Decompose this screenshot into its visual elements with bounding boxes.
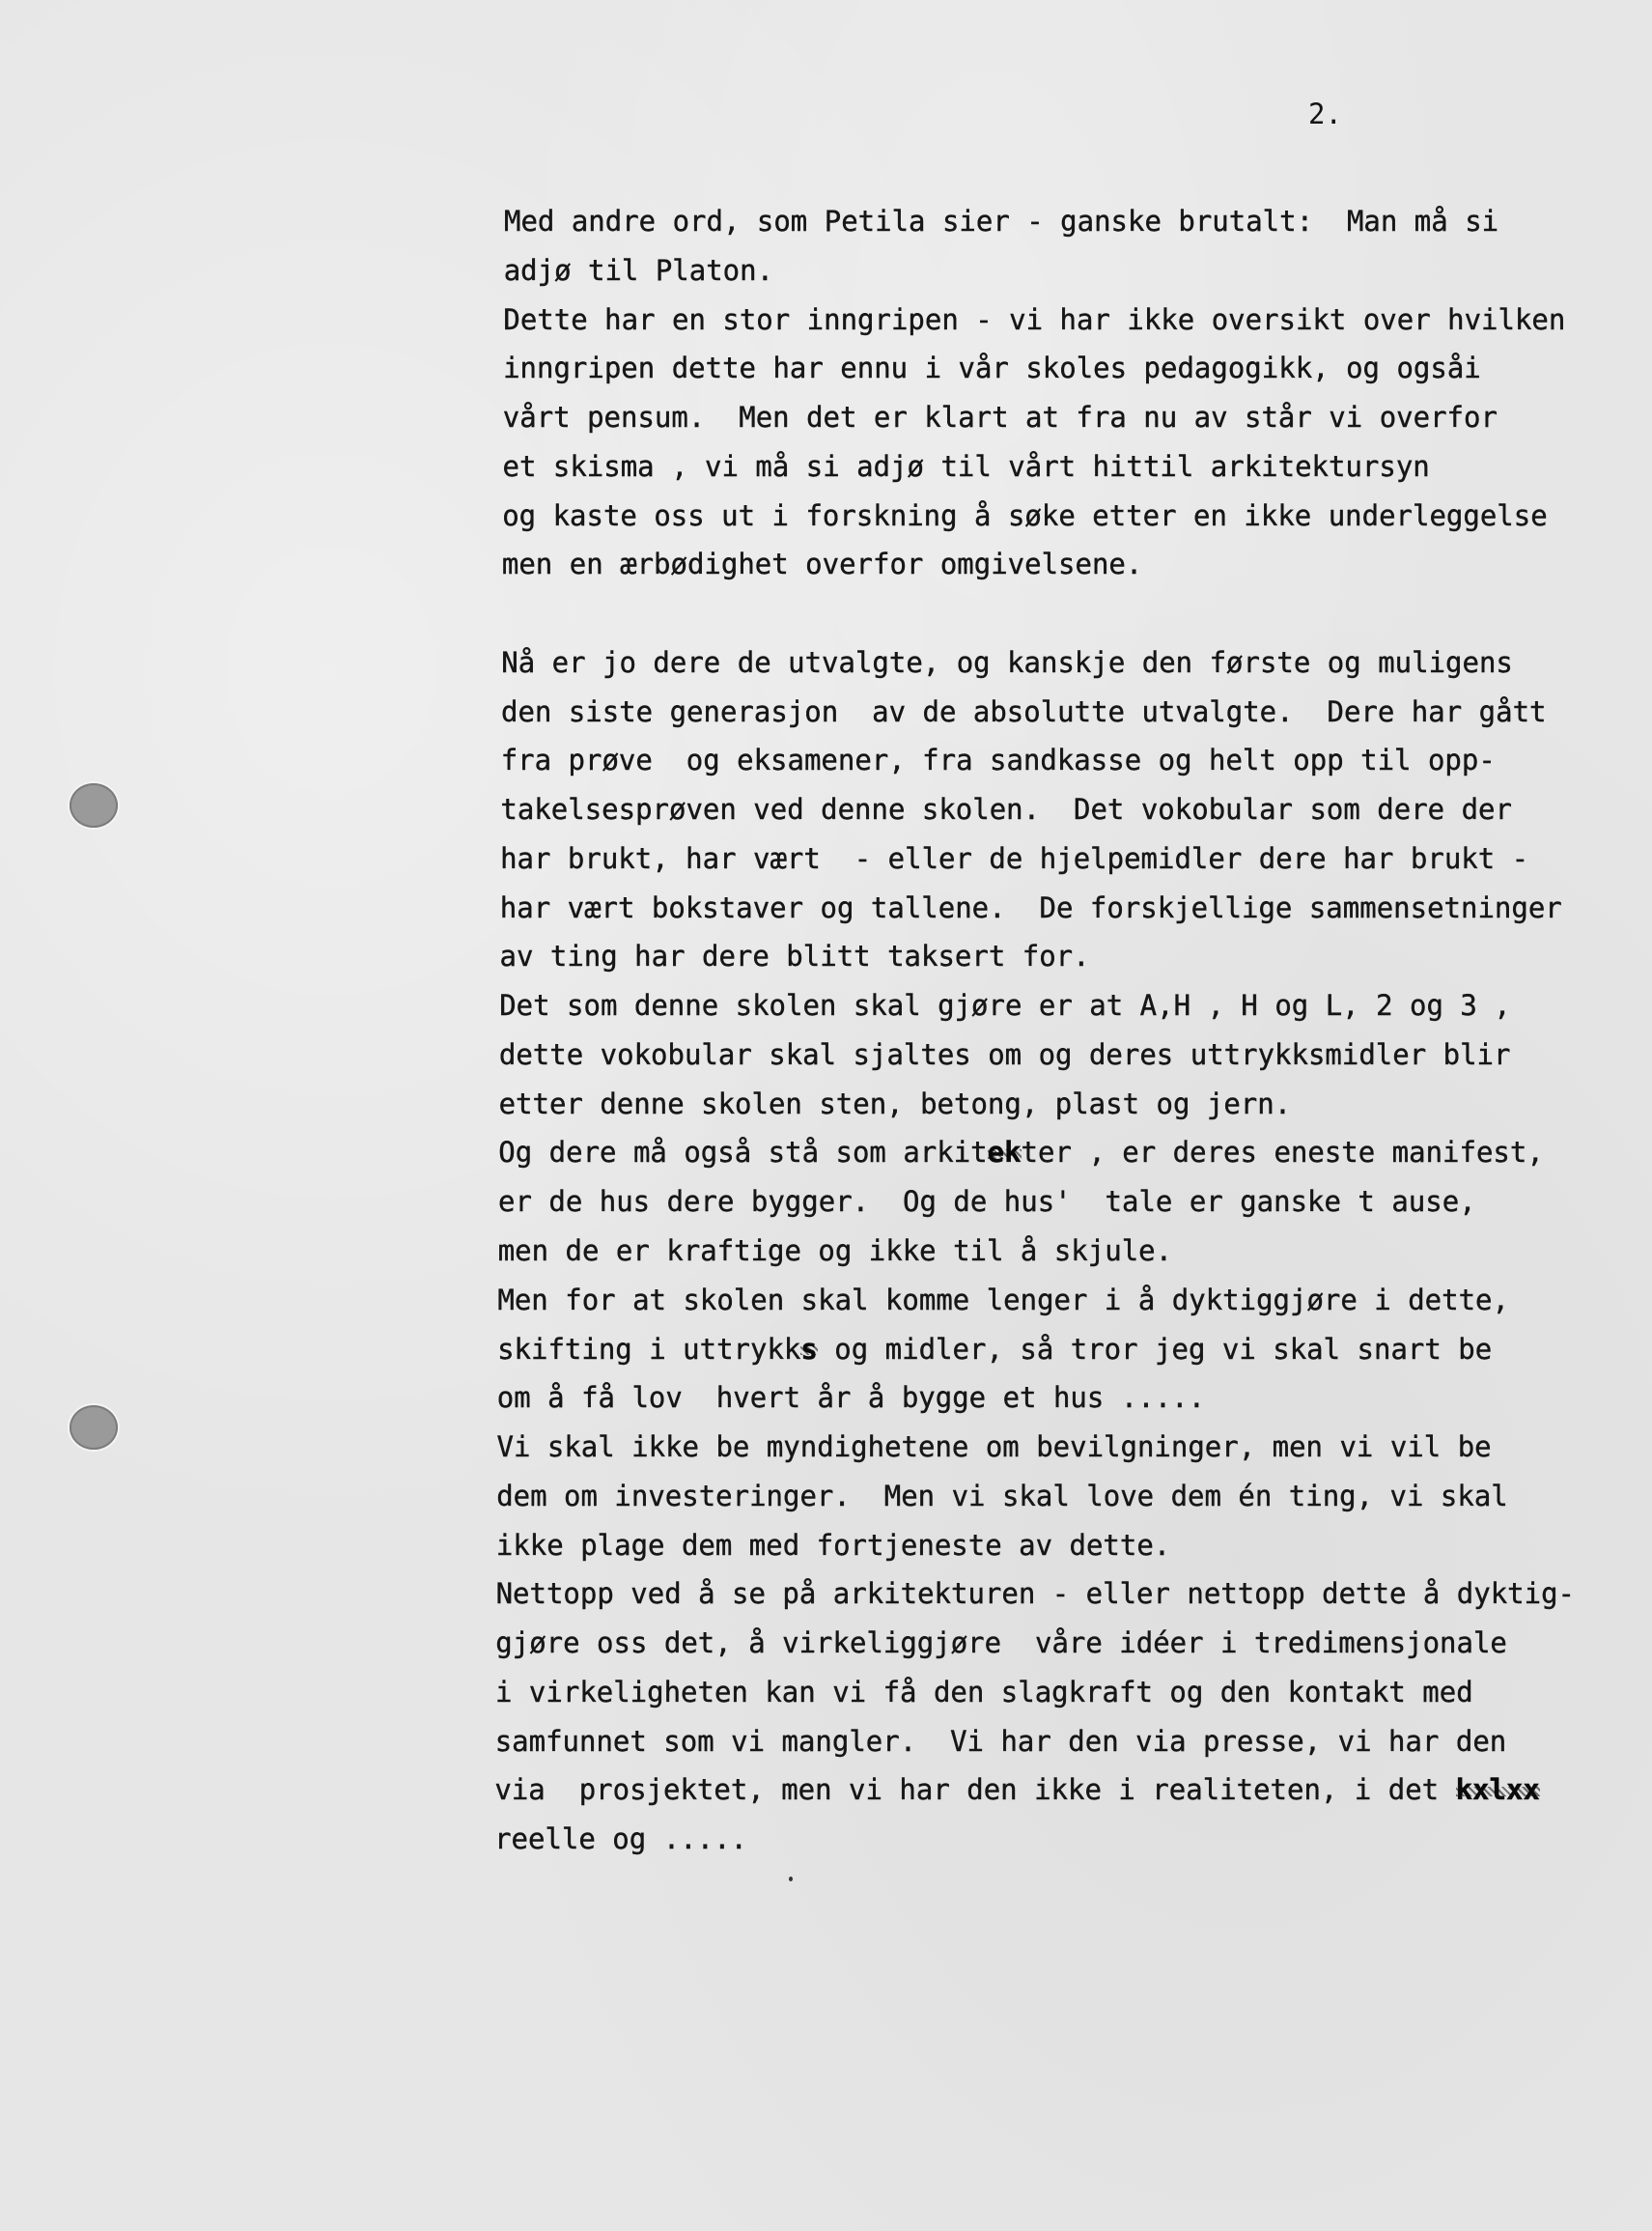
text-line: Nå er jo dere de utvalgte, og kanskje de…	[501, 649, 1513, 677]
text-line: men en ærbødighet overfor omgivelsene.	[502, 551, 1142, 579]
text-line: ikke plage dem med fortjeneste av dette.	[496, 1532, 1170, 1560]
line-text: skifting i uttrykk	[497, 1333, 800, 1366]
line-text: Og dere må også stå som arkit	[498, 1136, 987, 1169]
text-line: dette vokobular skal sjaltes om og deres…	[499, 1041, 1511, 1069]
text-line: fra prøve og eksamener, fra sandkasse og…	[501, 747, 1496, 775]
punch-hole-top	[70, 783, 118, 828]
overstruck-text: kxlxx	[1456, 1776, 1540, 1804]
text-line: Det som denne skolen skal gjøre er at A,…	[499, 992, 1511, 1020]
overstruck-text: ek	[988, 1139, 1022, 1167]
text-line: av ting har dere blitt taksert for.	[500, 943, 1090, 971]
text-line: men de er kraftige og ikke til å skjule.	[498, 1237, 1172, 1265]
line-text: ter , er deres eneste manifest,	[1022, 1136, 1544, 1169]
line-text: og midler, så tror jeg vi skal snart be	[818, 1333, 1492, 1366]
text-line: inngripen dette har ennu i vår skoles pe…	[503, 354, 1481, 382]
page-number: 2.	[1308, 100, 1342, 128]
overstruck-text: s	[800, 1336, 817, 1364]
text-line: et skisma , vi må si adjø til vårt hitti…	[503, 453, 1430, 481]
text-line: Vi skal ikke be myndighetene om bevilgni…	[497, 1433, 1492, 1461]
text-line: i virkeligheten kan vi få den slagkraft …	[495, 1679, 1473, 1707]
text-line: vårt pensum. Men det er klart at fra nu …	[503, 404, 1498, 432]
text-line: etter denne skolen sten, betong, plast o…	[499, 1090, 1292, 1118]
text-line: adjø til Platon.	[504, 257, 773, 285]
text-line: gjøre oss det, å virkeliggjøre våre idée…	[495, 1629, 1507, 1657]
text-line: Med andre ord, som Petila sier - ganske …	[504, 208, 1498, 236]
text-line: og kaste oss ut i forskning å søke etter…	[502, 502, 1548, 530]
text-line: takelsesprøven ved denne skolen. Det vok…	[500, 796, 1512, 824]
text-line: reelle og .....	[494, 1825, 747, 1853]
punch-hole-bottom	[70, 1405, 118, 1450]
text-line: Og dere må også stå som arkitekter , er …	[498, 1139, 1544, 1167]
text-line: har vært bokstaver og tallene. De forskj…	[500, 894, 1562, 922]
line-text: via prosjektet, men vi har den ikke i re…	[494, 1773, 1455, 1806]
text-line: den siste generasjon av de absolutte utv…	[501, 698, 1547, 726]
typewritten-page: 2. Med andre ord, som Petila sier - gans…	[0, 0, 1652, 2231]
text-line: har brukt, har vært - eller de hjelpemid…	[500, 845, 1528, 873]
text-line: om å få lov hvert år å bygge et hus ....…	[497, 1384, 1205, 1412]
text-line: skifting i uttrykks og midler, så tror j…	[497, 1336, 1492, 1364]
text-line: dem om investeringer. Men vi skal love d…	[496, 1483, 1508, 1511]
text-line: samfunnet som vi mangler. Vi har den via…	[495, 1728, 1507, 1756]
text-line: Nettopp ved å se på arkitekturen - eller…	[496, 1580, 1575, 1608]
paper-speck	[789, 1877, 793, 1881]
text-line: via prosjektet, men vi har den ikke i re…	[494, 1776, 1540, 1804]
text-line: Men for at skolen skal komme lenger i å …	[497, 1286, 1509, 1314]
text-line: er de hus dere bygger. Og de hus' tale e…	[498, 1188, 1476, 1216]
text-line: Dette har en stor inngripen - vi har ikk…	[503, 306, 1565, 334]
